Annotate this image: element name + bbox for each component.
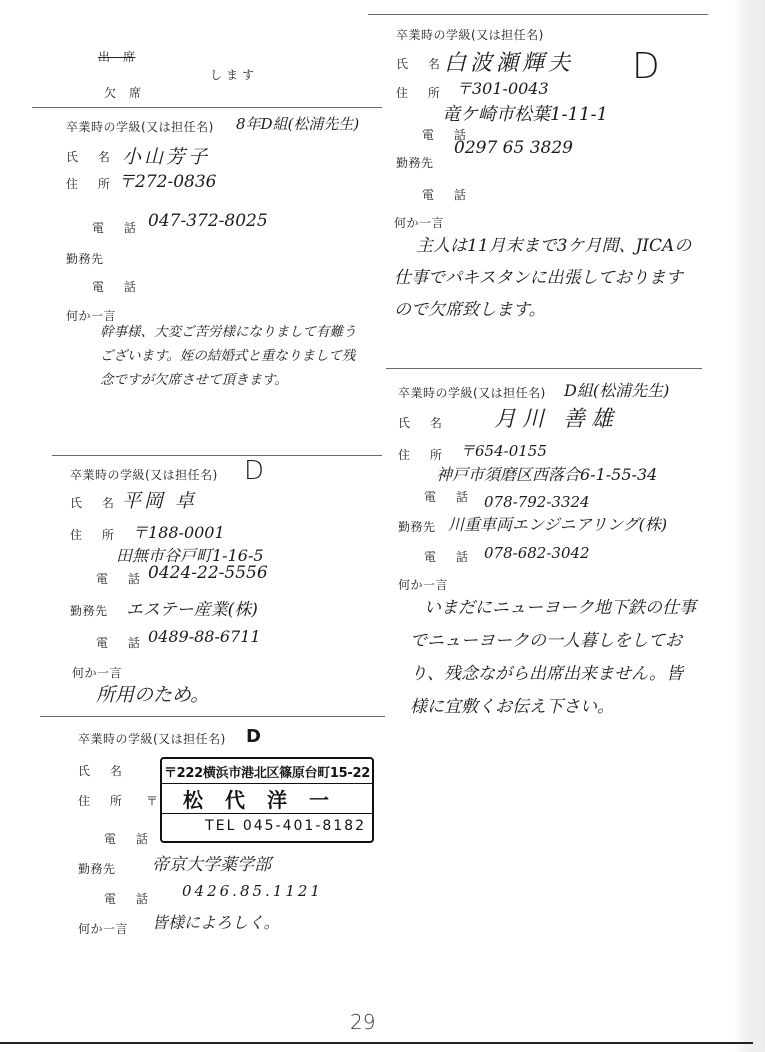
class-label: 卒業時の学級(又は担任名) xyxy=(78,730,226,747)
option-attend-struck: 出 席 xyxy=(98,48,136,65)
work-phone-value: 078-682-3042 xyxy=(484,544,590,562)
comment-value: 主人は11月末まで3ケ月間、JICAの仕事でパキスタンに出張しておりますので欠席… xyxy=(394,230,694,326)
divider xyxy=(40,716,385,717)
postal-value: 〒301-0043 xyxy=(456,76,549,99)
comment-label: 何か一言 xyxy=(398,576,448,593)
class-value: D xyxy=(632,46,660,87)
class-value: 8年D組(松浦先生) xyxy=(236,113,359,134)
name-label: 氏 名 xyxy=(78,762,130,779)
address-value: 神戸市須磨区西落合6-1-55-34 xyxy=(436,462,657,485)
postal-value: 〒272-0836 xyxy=(118,167,216,192)
name-value: 白波瀬輝夫 xyxy=(444,46,574,77)
stamp-name: 松代洋一 xyxy=(162,783,372,814)
address-stamp: 〒222横浜市港北区篠原台町15-22 松代洋一 TEL 045-401-818… xyxy=(160,757,374,843)
work-phone-value: 0489-88-6711 xyxy=(148,627,261,646)
name-value: 平岡 卓 xyxy=(122,486,197,513)
postal-mark: 〒 xyxy=(146,792,159,809)
name-value: 小山芳子 xyxy=(122,142,210,169)
comment-label: 何か一言 xyxy=(78,920,128,937)
address-label: 住 所 xyxy=(396,84,448,101)
comment-value: 幹事様、大変ご苦労様になりまして有難うございます。姪の結婚式と重なりまして残念で… xyxy=(100,320,360,392)
class-label: 卒業時の学級(又は担任名) xyxy=(70,466,218,483)
comment-value: いまだにニューヨーク地下鉄の仕事でニューヨークの一人暮しをしており、残念ながら出… xyxy=(410,592,700,724)
work-value: 帝京大学薬学部 xyxy=(152,850,271,875)
work-label: 勤務先 xyxy=(78,860,116,877)
stamp-address: 〒222横浜市港北区篠原台町15-22 xyxy=(162,759,372,784)
work-phone-label: 電 話 xyxy=(104,890,156,907)
work-phone-value: 0426.85.1121 xyxy=(182,882,323,900)
phone-label: 電 話 xyxy=(424,488,476,505)
work-phone-label: 電 話 xyxy=(424,548,476,565)
divider xyxy=(52,455,382,456)
class-label: 卒業時の学級(又は担任名) xyxy=(398,384,546,401)
comment-label: 何か一言 xyxy=(72,664,122,681)
divider xyxy=(368,14,708,15)
work-value: 川重車両エンジニアリング(株) xyxy=(448,512,667,535)
page-number: 29 xyxy=(350,1010,375,1034)
class-value: D xyxy=(244,456,264,486)
address-label: 住 所 xyxy=(66,175,118,192)
name-value: 月川 善雄 xyxy=(494,402,619,433)
postal-value: 〒654-0155 xyxy=(460,440,547,461)
phone-value: 078-792-3324 xyxy=(484,493,590,511)
phone-value: 0424-22-5556 xyxy=(148,563,268,583)
scan-edge-shadow xyxy=(734,0,765,1052)
phone-value: 047-372-8025 xyxy=(148,211,268,231)
work-phone-label: 電 話 xyxy=(92,278,144,295)
class-value: D組(松浦先生) xyxy=(564,378,669,401)
divider xyxy=(32,107,382,108)
phone-label: 電 話 xyxy=(96,570,148,587)
address-label: 住 所 xyxy=(78,792,130,809)
class-label: 卒業時の学級(又は担任名) xyxy=(66,118,214,135)
work-label: 勤務先 xyxy=(398,518,436,535)
address-label: 住 所 xyxy=(70,526,122,543)
divider xyxy=(386,368,702,369)
work-label: 勤務先 xyxy=(396,154,434,171)
postal-value: 〒188-0001 xyxy=(132,520,225,543)
option-absent: 欠 席 xyxy=(104,84,142,101)
comment-value: 皆様によろしく。 xyxy=(152,910,280,933)
stamp-phone: TEL 045-401-8182 xyxy=(162,813,372,839)
work-label: 勤務先 xyxy=(70,602,108,619)
comment-label: 何か一言 xyxy=(394,214,444,231)
phone-label: 電 話 xyxy=(92,219,144,236)
address-value: 竜ケ崎市松葉1-11-1 xyxy=(442,100,608,126)
work-value: エステー産業(株) xyxy=(126,595,258,620)
name-label: 氏 名 xyxy=(396,55,448,72)
work-label: 勤務先 xyxy=(66,250,104,267)
comment-value: 所用のため。 xyxy=(96,680,209,707)
work-phone-label: 電 話 xyxy=(96,634,148,651)
phone-value: 0297 65 3829 xyxy=(454,138,573,158)
address-label: 住 所 xyxy=(398,446,450,463)
work-phone-label: 電 話 xyxy=(422,186,474,203)
name-label: 氏 名 xyxy=(70,494,122,511)
bottom-rule xyxy=(0,1042,753,1044)
class-label: 卒業時の学級(又は担任名) xyxy=(396,26,544,43)
name-label: 氏 名 xyxy=(66,148,118,165)
phone-label: 電 話 xyxy=(104,830,156,847)
attendance-suffix: します xyxy=(210,66,258,83)
class-value: D xyxy=(246,726,261,747)
name-label: 氏 名 xyxy=(398,414,450,431)
